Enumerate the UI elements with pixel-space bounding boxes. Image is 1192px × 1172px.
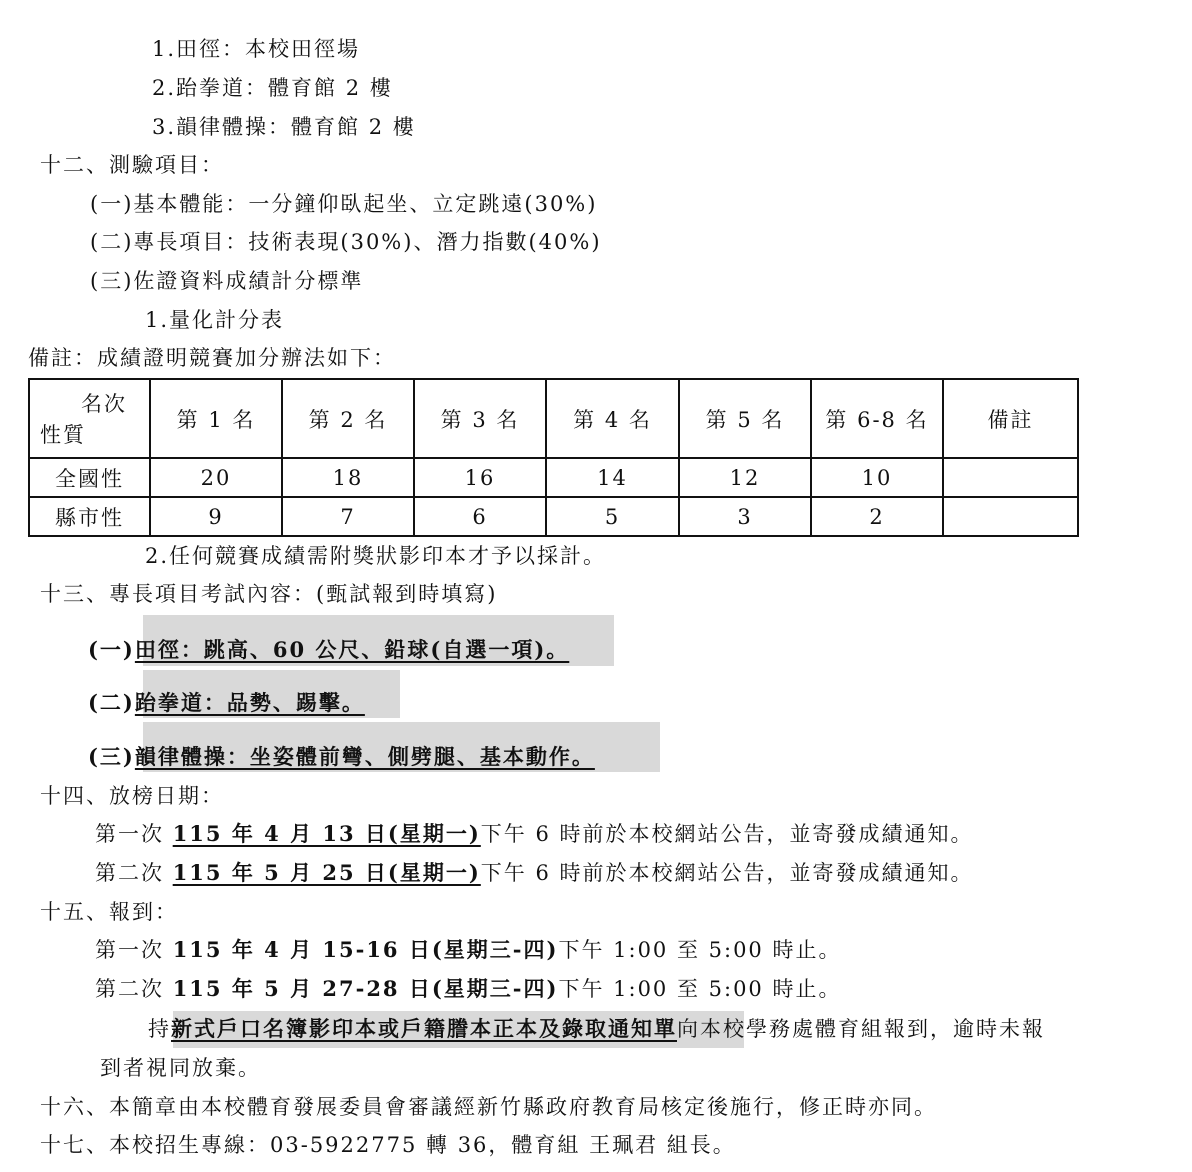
table-cell: 2 — [811, 497, 943, 536]
table-cell: 5 — [546, 497, 679, 536]
table-header: 第 1 名 — [150, 379, 282, 458]
note-suffix: 向本校學務處體育組報到，逾時未報 — [677, 1017, 1045, 1041]
table-cell — [943, 458, 1078, 497]
table-corner-cell: 名次 性質 — [29, 379, 150, 458]
table-cell: 10 — [811, 458, 943, 497]
table-header-row: 名次 性質 第 1 名 第 2 名 第 3 名 第 4 名 第 5 名 第 6-… — [29, 379, 1078, 458]
report-prefix: 第一次 — [95, 938, 173, 962]
corner-type-label: 性質 — [40, 419, 86, 449]
table-cell: 18 — [282, 458, 414, 497]
section-heading: 十四、放榜日期： — [40, 783, 224, 809]
exam-item-track: (一)田徑：跳高、60 公尺、鉛球(自選一項)。 — [88, 637, 569, 663]
exam-item-taekwondo: (二)跆拳道：品勢、踢擊。 — [88, 690, 365, 716]
report-note-cont: 到者視同放棄。 — [100, 1055, 261, 1081]
report-date: 115 年 4 月 15-16 日(星期三-四) — [173, 937, 559, 962]
table-header: 第 4 名 — [546, 379, 679, 458]
test-item: (一)基本體能：一分鐘仰臥起坐、立定跳遠(30%) — [90, 191, 597, 217]
score-table: 名次 性質 第 1 名 第 2 名 第 3 名 第 4 名 第 5 名 第 6-… — [28, 378, 1079, 537]
table-cell: 16 — [414, 458, 546, 497]
table-header: 第 2 名 — [282, 379, 414, 458]
table-header: 第 3 名 — [414, 379, 546, 458]
exam-item-prefix: (三) — [88, 744, 135, 769]
row-label: 全國性 — [29, 458, 150, 497]
table-cell: 6 — [414, 497, 546, 536]
table-cell: 9 — [150, 497, 282, 536]
table-cell: 12 — [679, 458, 811, 497]
row-label: 縣市性 — [29, 497, 150, 536]
section-heading: 十二、測驗項目： — [40, 152, 224, 178]
corner-rank-label: 名次 — [81, 388, 127, 418]
table-row: 縣市性 9 7 6 5 3 2 — [29, 497, 1078, 536]
venue-item: 2.跆拳道：體育館 2 樓 — [152, 75, 393, 101]
sub-item: 1.量化計分表 — [145, 307, 284, 333]
table-row: 全國性 20 18 16 14 12 10 — [29, 458, 1078, 497]
section-heading: 十五、報到： — [40, 899, 178, 925]
section-16: 十六、本簡章由本校體育發展委員會審議經新竹縣政府教育局核定後施行，修正時亦同。 — [40, 1094, 937, 1120]
remark: 備註：成績證明競賽加分辦法如下： — [28, 345, 396, 371]
report-item: 第一次 115 年 4 月 15-16 日(星期三-四)下午 1:00 至 5:… — [95, 937, 841, 963]
announce-prefix: 第二次 — [95, 861, 173, 885]
venue-item: 1.田徑：本校田徑場 — [152, 36, 360, 62]
report-item: 第二次 115 年 5 月 27-28 日(星期三-四)下午 1:00 至 5:… — [95, 976, 841, 1002]
report-suffix: 下午 1:00 至 5:00 時止。 — [558, 977, 841, 1001]
required-documents: 新式戶口名簿影印本或戶籍謄本正本及錄取通知單 — [171, 1016, 677, 1041]
table-cell: 14 — [546, 458, 679, 497]
announce-date: 115 年 5 月 25 日(星期一) — [173, 860, 481, 885]
exam-item-prefix: (二) — [88, 690, 135, 715]
announce-date: 115 年 4 月 13 日(星期一) — [173, 821, 481, 846]
report-date: 115 年 5 月 27-28 日(星期三-四) — [173, 976, 559, 1001]
section-17-contact: 十七、本校招生專線：03-5922775 轉 36，體育組 王珮君 組長。 — [40, 1132, 736, 1158]
announce-suffix: 下午 6 時前於本校網站公告，並寄發成績通知。 — [481, 822, 974, 846]
test-item: (二)專長項目：技術表現(30%)、潛力指數(40%) — [90, 229, 602, 255]
announce-prefix: 第一次 — [95, 822, 173, 846]
exam-item-prefix: (一) — [88, 637, 135, 662]
exam-item-gymnastics: (三)韻律體操：坐姿體前彎、側劈腿、基本動作。 — [88, 744, 595, 770]
table-header: 第 5 名 — [679, 379, 811, 458]
table-header: 備註 — [943, 379, 1078, 458]
report-note: 持新式戶口名簿影印本或戶籍謄本正本及錄取通知單向本校學務處體育組報到，逾時未報 — [148, 1016, 1045, 1042]
note-prefix: 持 — [148, 1017, 171, 1041]
table-cell: 20 — [150, 458, 282, 497]
table-cell: 7 — [282, 497, 414, 536]
sub-item: 2.任何競賽成績需附獎狀影印本才予以採計。 — [145, 543, 606, 569]
exam-item-text: 田徑：跳高、60 公尺、鉛球(自選一項)。 — [135, 637, 569, 662]
table-cell: 3 — [679, 497, 811, 536]
announce-item: 第一次 115 年 4 月 13 日(星期一)下午 6 時前於本校網站公告，並寄… — [95, 821, 974, 847]
announce-item: 第二次 115 年 5 月 25 日(星期一)下午 6 時前於本校網站公告，並寄… — [95, 860, 974, 886]
exam-item-text: 跆拳道：品勢、踢擊。 — [135, 690, 365, 715]
table-header: 第 6-8 名 — [811, 379, 943, 458]
report-prefix: 第二次 — [95, 977, 173, 1001]
venue-item: 3.韻律體操：體育館 2 樓 — [152, 114, 416, 140]
table-cell — [943, 497, 1078, 536]
report-suffix: 下午 1:00 至 5:00 時止。 — [558, 938, 841, 962]
exam-item-text: 韻律體操：坐姿體前彎、側劈腿、基本動作。 — [135, 744, 595, 769]
section-heading: 十三、專長項目考試內容：(甄試報到時填寫) — [40, 581, 497, 607]
test-item: (三)佐證資料成績計分標準 — [90, 268, 363, 294]
announce-suffix: 下午 6 時前於本校網站公告，並寄發成績通知。 — [481, 861, 974, 885]
